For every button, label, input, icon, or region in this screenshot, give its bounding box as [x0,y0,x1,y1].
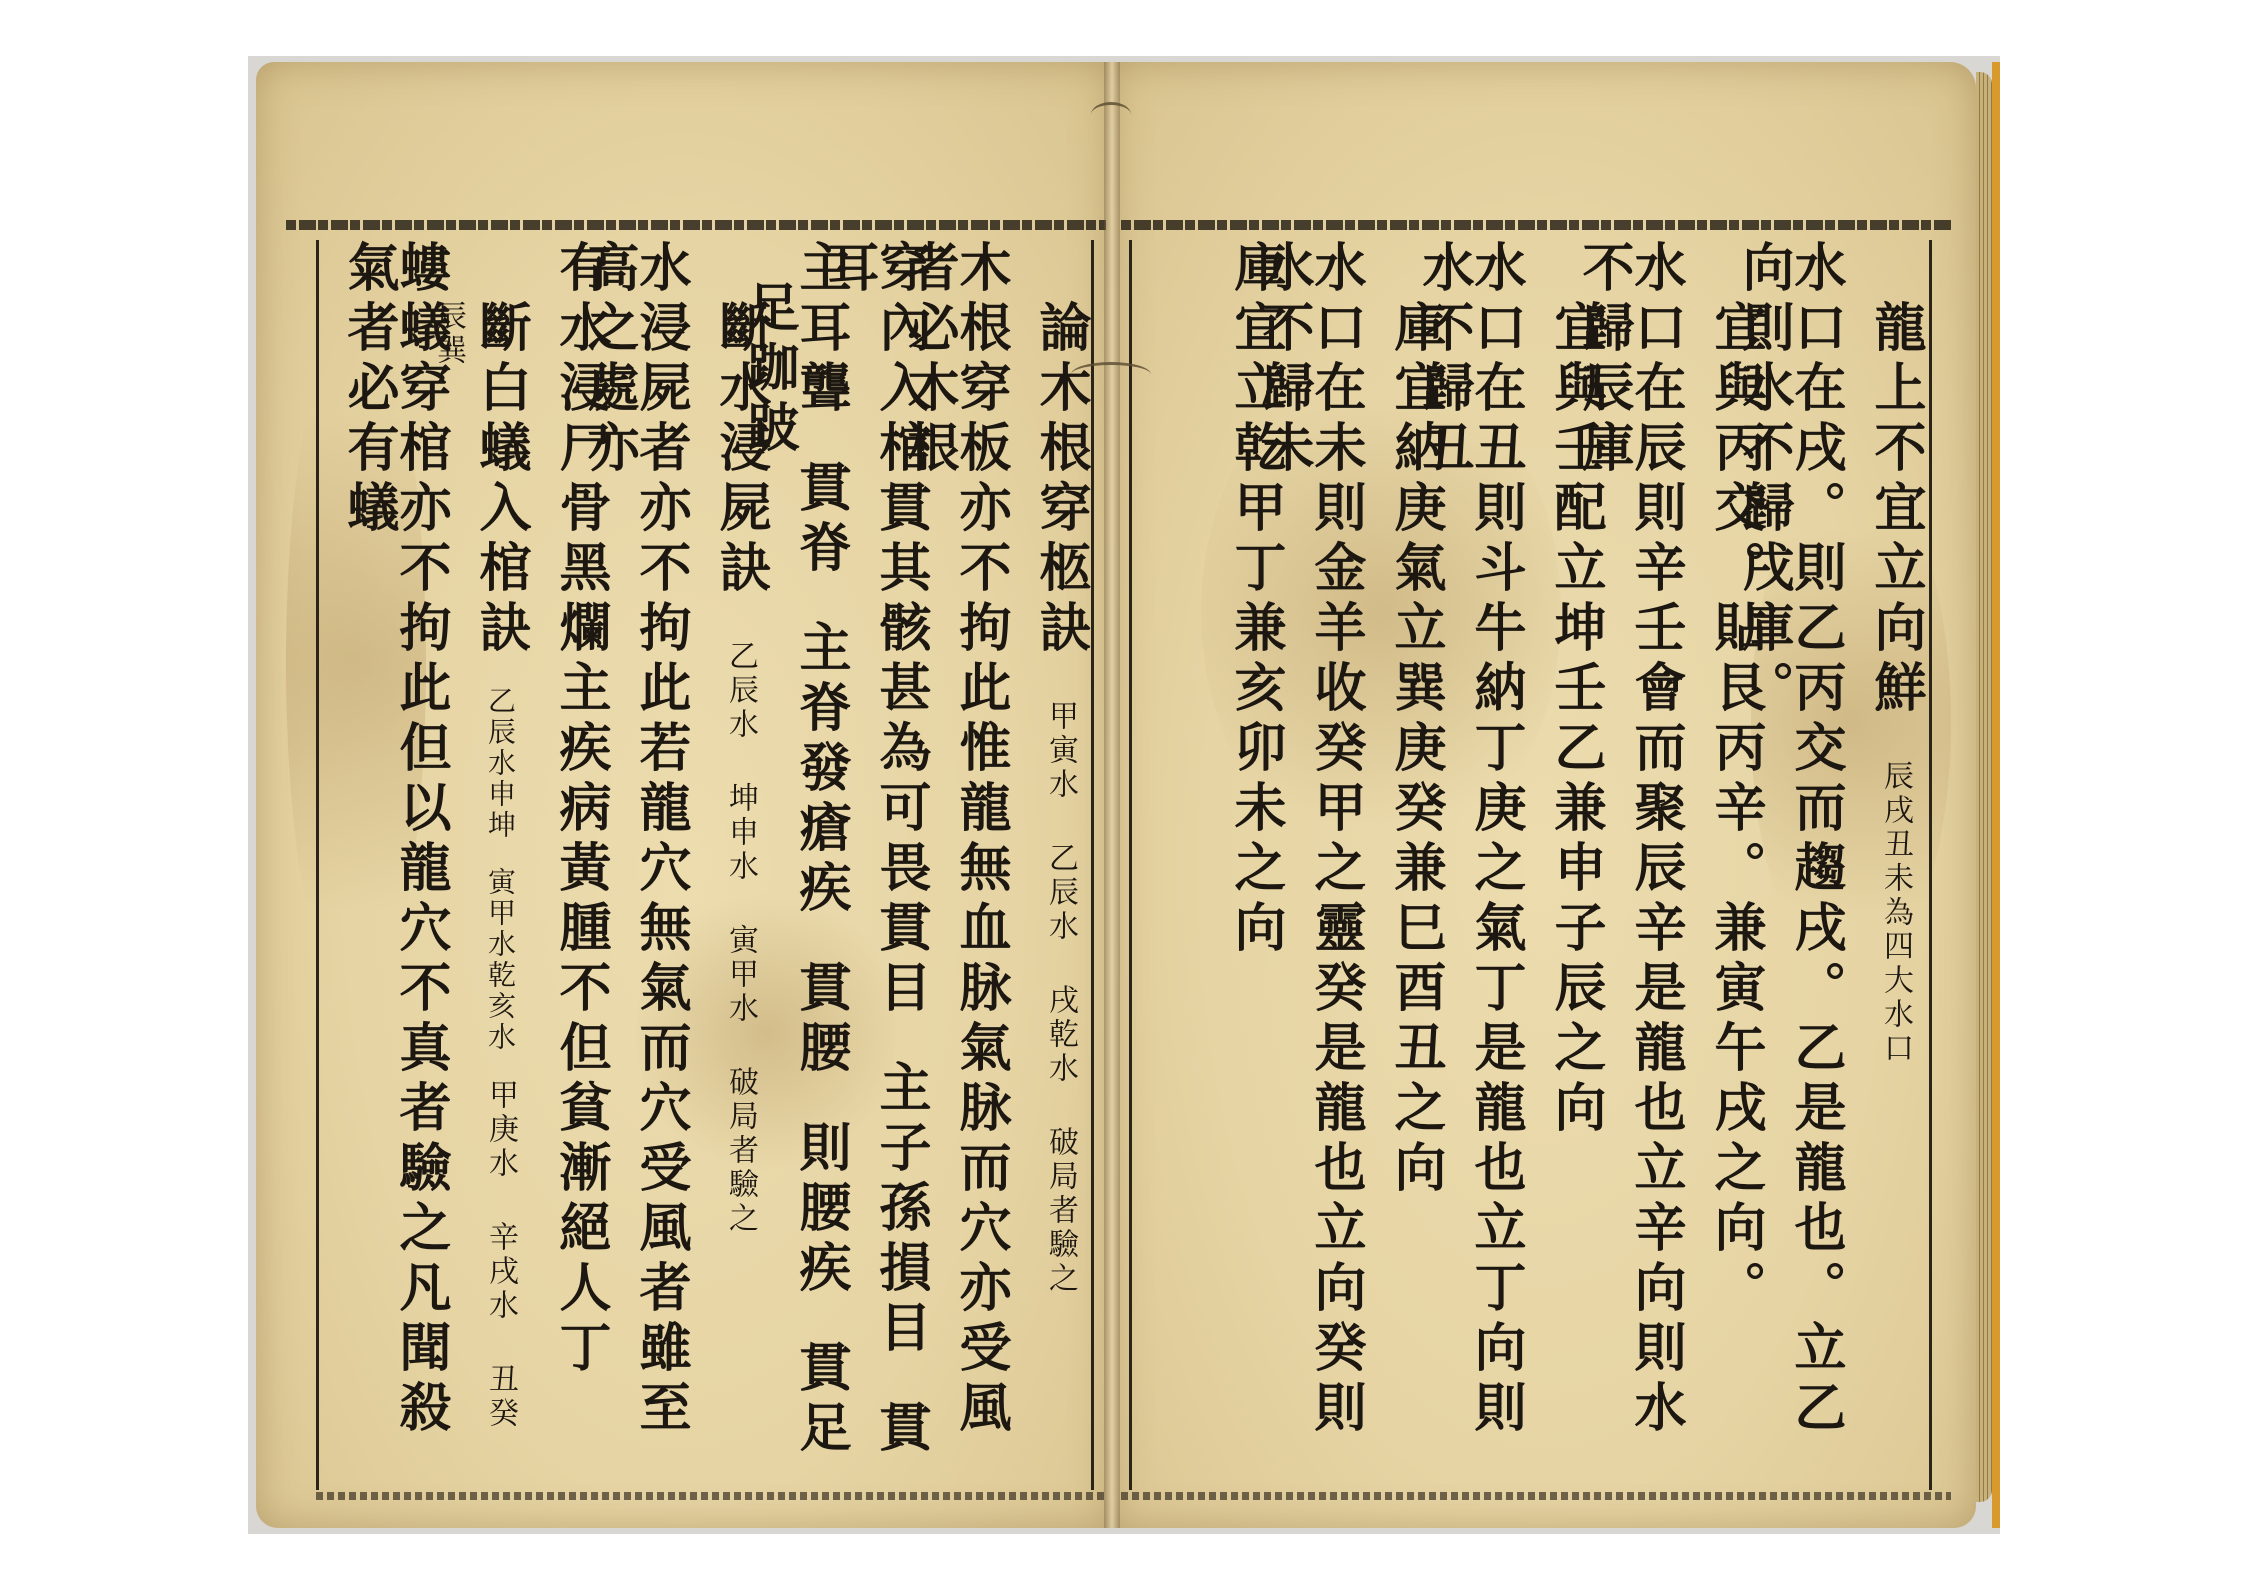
column-text: 主脊發瘡疾 [790,620,851,920]
text-column: 水口在未則金羊收癸甲之靈癸是龍也立向癸則水不歸未 [1281,240,1361,1490]
annotation: 甲庚水 [485,1079,515,1181]
annotation-pair: 寅甲水乾亥水 [486,867,514,1053]
text-column: 論木根穿柩訣甲寅水乙辰水戌乾水破局者驗之 [1006,240,1086,1490]
binding-thread [1091,102,1131,127]
annotation: 破局者驗之 [1045,1126,1075,1296]
text-column: 水口在辰則辛壬會而聚辰辛是龍也立辛向則水不歸辰庫 [1601,240,1681,1490]
open-book: 論木根穿柩訣甲寅水乙辰水戌乾水破局者驗之 木根穿板亦不拘此惟龍無血脉氣脉而穴亦受… [256,62,1976,1528]
annotation: 乙辰水 [1045,842,1075,944]
annotation: 乾亥水 [486,960,514,1053]
annotation: 辛戌水 [485,1221,515,1323]
annotation: 寅甲水 [486,867,514,960]
left-page: 論木根穿柩訣甲寅水乙辰水戌乾水破局者驗之 木根穿板亦不拘此惟龍無血脉氣脉而穴亦受… [256,62,1111,1528]
annotation: 辰巽 [433,300,463,368]
annotation: 寅甲水 [725,924,755,1026]
annotation: 坤申水 [725,782,755,884]
binding-thread [1071,362,1151,387]
right-page-text: 龍上不宜立向鮮辰戌丑未為四大水口 水口在戌。則乙丙交而趨戌。乙是龍也。立乙向則水… [1141,240,1921,1490]
column-text: 貫足 [790,1340,851,1460]
left-page-text: 論木根穿柩訣甲寅水乙辰水戌乾水破局者驗之 木根穿板亦不拘此惟龍無血脉氣脉而穴亦受… [326,240,1086,1490]
annotation: 申坤 [486,779,514,841]
annotation: 乙辰水 [725,640,755,742]
text-column: 斷白蟻入棺訣 乙辰水申坤 寅甲水乾亥水 甲庚水辛戌水丑癸辰巽 [446,240,526,1490]
text-column: 水口在戌。則乙丙交而趨戌。乙是龍也。立乙向則水不歸戌庫。 [1761,240,1841,1490]
text-column: 水口在丑則斗牛納丁庚之氣丁是龍也立丁向則水不歸丑 [1441,240,1521,1490]
center-frame-line [1129,240,1132,1490]
bottom-border-rule [1121,1492,1951,1500]
text-column: 水浸屍者亦不拘此若龍穴無氣而穴受風者雖至高之處亦 [606,240,686,1490]
text-column: 主耳聾貫脊主脊發瘡疾貫腰則腰疾貫足足跏跛 [766,240,846,1490]
annotation: 丑癸 [485,1363,515,1431]
annotation: 乙辰水 [486,686,514,779]
right-page: 龍上不宜立向鮮辰戌丑未為四大水口 水口在戌。則乙丙交而趨戌。乙是龍也。立乙向則水… [1111,62,1976,1528]
text-column: 木根穿板亦不拘此惟龍無血脉氣脉而穴亦受風者必木根 [926,240,1006,1490]
text-column: 螻蟻穿棺亦不拘此但以龍穴不真者驗之凡聞殺氣者必有蟻 [366,240,446,1490]
column-text: 主子孫損目 [870,1060,931,1360]
column-text: 貫腰 [790,960,851,1080]
annotation-pair: 乙辰水申坤 [486,686,514,841]
bottom-border-rule [316,1492,1106,1500]
column-text: 螻蟻穿棺亦不拘此但以龍穴不真者驗之凡聞殺氣者必有蟻 [338,240,451,1440]
right-frame-line [1929,240,1932,1490]
column-text: 貫目 [870,900,931,1020]
annotation: 戌乾水 [1045,984,1075,1086]
center-frame-line [1091,240,1094,1490]
top-border-rule [286,220,1106,230]
page-stack-edge [1976,72,1992,1502]
annotation: 甲寅水 [1045,700,1075,802]
cover-edge [1992,62,2000,1528]
column-text: 則腰疾 [790,1120,851,1300]
section-heading: 斷白蟻入棺訣 [470,300,531,660]
section-heading: 論木根穿柩訣 [1030,300,1091,660]
column-text: 貫脊 [790,460,851,580]
text-column: 龍上不宜立向鮮辰戌丑未為四大水口 [1841,240,1921,1490]
left-frame-line [316,240,319,1490]
column-text: 足跏跛 [738,280,799,460]
top-border-rule [1121,220,1951,230]
annotation: 破局者驗之 [725,1066,755,1236]
column-text: 龍上不宜立向鮮 [1865,300,1926,720]
annotation: 辰戌丑未為四大水口 [1880,760,1910,1066]
book-spine [1104,62,1120,1528]
